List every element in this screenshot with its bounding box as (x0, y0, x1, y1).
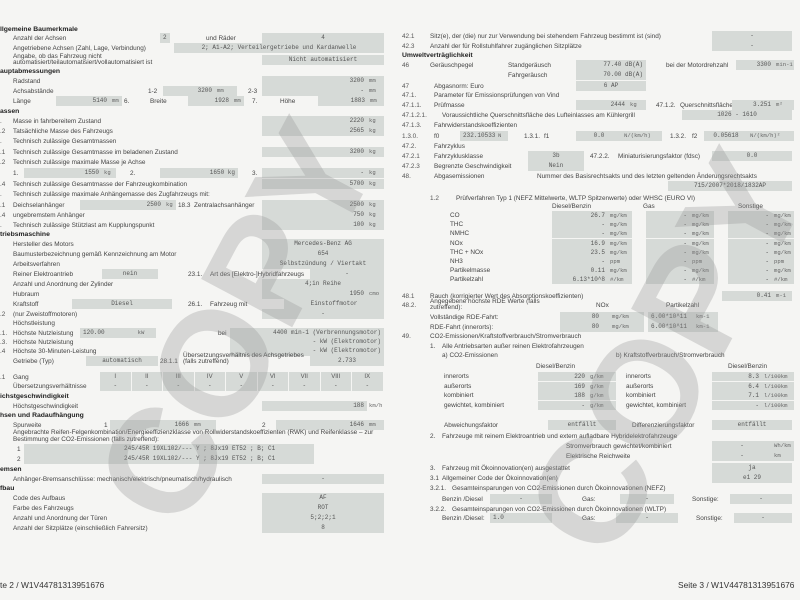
central-value: 2500 (262, 200, 367, 210)
body-code-label: Code des Aufbaus (13, 495, 65, 502)
euro-num: 47 (402, 83, 409, 90)
dualfuel-value: - (262, 309, 384, 319)
nefz-other-value: - (730, 494, 792, 504)
nefz-label: Gesamteinsparungen von CO2-Emissionen du… (452, 485, 665, 492)
ev-label: Fahrzeuge mit reinem Elektroantrieb und … (442, 433, 677, 440)
rpm-value: 3300 (736, 60, 774, 70)
central-unit: kg (367, 200, 384, 210)
tyre2-value: 245/45R 19XL102/--- Y ; 8Jx19 ET52 ; B; … (24, 454, 314, 464)
support-unit: kg (367, 220, 384, 230)
emission-other-value: - (728, 239, 772, 248)
emission-gas-unit: #/km (690, 275, 714, 284)
emission-other-unit: mg/km (772, 220, 794, 229)
eco-code-num: 3.1 (430, 475, 439, 482)
f1-label: f1 (544, 133, 549, 140)
eco-num: 3. (430, 465, 435, 472)
track2-label: 2 (262, 422, 266, 429)
max30-label: Höchste 30-Minuten-Leistung (13, 348, 96, 355)
central-num: 18.3 (178, 202, 190, 209)
nefz-petrol-label: Benzin /Diesel (442, 496, 483, 503)
fuel-vehicle-label: Fahrzeug mit (210, 301, 247, 308)
limited-label: Begrenzte Geschwindigkeit (434, 163, 511, 170)
section-environment: Umweltverträglichkeit (402, 52, 473, 59)
section-masses: assen (0, 108, 19, 115)
emission-other-unit: mg/km (772, 248, 794, 257)
drawbar-num: .1 (0, 202, 5, 209)
doors-label: Anzahl und Anordnung der Türen (13, 515, 107, 522)
gear-ratio: - (226, 381, 257, 391)
emissions-label: Abgasemissionen (434, 173, 484, 180)
cycle-num: 47.2. (402, 143, 416, 150)
r421-num: 42.1 (402, 33, 414, 40)
max-power-value: 120.00 (80, 328, 126, 338)
smoke-num: 48.1 (402, 293, 414, 300)
r423-num: 42.3 (402, 43, 414, 50)
emission-gas-value: - (646, 211, 690, 220)
eco-value: ja (712, 463, 792, 473)
page-2: llgemeine Baumerkmale Anzahl der Achsen … (0, 0, 400, 600)
tyre1-label: 1 (17, 446, 21, 453)
fuel-value: - (712, 401, 762, 410)
wltp-label: Gesamteinsparungen von CO2-Emissionen du… (452, 506, 666, 513)
section-dimensions: auptabmessungen (0, 68, 60, 75)
deviation-label: Abweichungsfaktor (444, 422, 498, 429)
emission-gas-value: - (646, 266, 690, 275)
ratio-value: 2.733 (310, 356, 384, 366)
emissions-num: 48. (402, 173, 411, 180)
emission-diesel-value: 26.7 (552, 211, 608, 220)
automation-label-line2: automatisiert/teilautomatisiert/vollauto… (13, 59, 152, 66)
wltp-other-label: Sonstige: (696, 515, 723, 522)
nefz-other-label: Sonstige: (692, 496, 719, 503)
smoke-value: 0.41 (722, 291, 774, 301)
f2-value: 0.05618 (704, 131, 748, 141)
drive-noise-label: Fahrgeräusch (508, 72, 547, 79)
axle1-label: 1. (13, 170, 18, 177)
noise-label: Geräuschpegel (430, 62, 473, 69)
co2-label: CO2-Emissionen/Kraftstoffverbrauch/Strom… (430, 333, 581, 340)
cylinders-value: 4;in Reihe (262, 279, 384, 289)
per-axle-label: Technisch zulässige maximale Masse je Ac… (13, 159, 146, 166)
axle3-unit: kg (367, 168, 384, 178)
brakes-value: - (262, 474, 384, 484)
wltp-gas-label: Gas: (582, 515, 596, 522)
ratio-num: 28.1.1 (160, 358, 178, 365)
emission-other-unit: mg/km (772, 239, 794, 248)
fuel-unit: l/100km (762, 372, 794, 381)
cycle-class-label: Fahrzyklusklasse (434, 153, 483, 160)
fuel-unit: l/100km (762, 391, 794, 400)
emission-diesel-unit: mg/km (608, 211, 632, 220)
diff-value: entfällt (712, 420, 792, 430)
noise-num: 46 (402, 62, 409, 69)
co2-header: Diesel/Benzin (536, 363, 575, 370)
support-num: . (0, 222, 2, 229)
page-2-footer: te 2 / W1V44781313951676 (0, 580, 104, 590)
emission-diesel-value: 16.9 (552, 239, 608, 248)
co2b-label: b) Kraftstoffverbrauch/Stromverbrauch (616, 352, 725, 359)
seats-label: Anzahl der Sitzplätze (einschließlich Fa… (13, 525, 148, 532)
emission-name: THC + NOx (450, 249, 483, 256)
body-code-value: AF (262, 493, 384, 503)
loaded-mass-unit: kg (367, 147, 384, 157)
gear-ratio: - (132, 381, 163, 391)
f2-num: 1.3.2. (670, 133, 686, 140)
rde-label-line2: zutreffend): (430, 304, 462, 311)
top-speed-value: 188 (262, 401, 367, 411)
emission-name: NH3 (450, 258, 463, 265)
width-num: 6. (124, 98, 129, 105)
axle-12-unit: mm (215, 86, 237, 96)
dualfuel-label: (nur Zweistoffmotoren) (13, 311, 77, 318)
gear-label: Gang (13, 374, 29, 381)
rde-full-label: Vollständige RDE-Fahrt: (430, 314, 499, 321)
wheelbase-value: 3200 (262, 76, 367, 86)
combo-mass-value: 5700 (262, 179, 367, 189)
ratio-label: Übersetzungsverhältnis des Achsgetriebes… (183, 353, 304, 365)
width-unit: mm (232, 96, 244, 106)
emission-header-diesel: Diesel/Benzin (552, 203, 591, 210)
fuel-vehicle-num: 26.1. (188, 301, 202, 308)
engine-type-value: 654 (262, 249, 384, 259)
emission-diesel-value: 23.5 (552, 248, 608, 257)
emissions-desc: Nummer des Basisrechtsakts und des letzt… (537, 173, 757, 180)
co2-unit: g/km (588, 391, 616, 400)
stand-noise-value: 77.40 dB(A) (576, 60, 646, 70)
range-value: - (712, 451, 772, 461)
total-mass-label: Technisch zulässige Gesamtmassen (13, 138, 116, 145)
f1-value: 0.0 (576, 131, 622, 141)
power-cons-unit: Wh/km (772, 441, 794, 451)
ev-num: 2. (430, 433, 435, 440)
actual-mass-unit: kg (367, 126, 384, 136)
max-power-label: Höchste Nutzleistung (13, 330, 73, 337)
unbraked-label: ungebremstem Anhänger (13, 212, 85, 219)
engine-process-label: Arbeitsverfahren (13, 261, 60, 268)
wltp-num: 3.2.2. (430, 506, 446, 513)
top-speed-unit: km/h (367, 401, 384, 411)
trailer-mass-num: . (0, 191, 2, 198)
emission-gas-unit: mg/km (690, 239, 714, 248)
fuel-header: Diesel/Benzin (728, 363, 767, 370)
drawbar-label: Deichselanhänger (13, 202, 65, 209)
hybrid-num: 23.1. (188, 271, 202, 278)
gear-ratio: - (100, 381, 131, 391)
engine-process-value: Selbstzündung / Viertakt (262, 259, 384, 269)
electric-value: nein (102, 269, 158, 279)
rde-pn-header: Partikelzahl (666, 302, 699, 309)
unbraked-value: 750 (262, 210, 367, 220)
width-label: Breite (150, 98, 167, 105)
emission-gas-unit: mg/km (690, 229, 714, 238)
f2-label: f2 (692, 133, 697, 140)
max-power2-num: .3. (0, 339, 7, 346)
euro-value: 6 AP (576, 81, 646, 91)
axle1-unit: kg (102, 168, 116, 178)
dsc-num: 47.2.2. (590, 153, 610, 160)
emission-diesel-value: - (552, 257, 608, 266)
total-mass-num: . (0, 138, 2, 145)
ready-mass-num: . (0, 118, 2, 125)
support-value: 100 (262, 220, 367, 230)
test-mass-unit: kg (628, 100, 646, 110)
fuel-row-label: kombiniert (626, 392, 655, 399)
rpm-label: bei der Motordrehzahl (666, 62, 728, 69)
r421-label: Sitz(e), der (die) nur zur Verwendung be… (430, 33, 661, 40)
section-body: fbau (0, 485, 14, 492)
fuel-value: 6.4 (712, 382, 762, 391)
emission-gas-value: - (646, 239, 690, 248)
f2-unit: N/(km/h)² (748, 131, 794, 141)
loaded-mass-value: 3200 (262, 147, 367, 157)
limited-num: 47.2.3 (402, 163, 420, 170)
co2-unit: g/km (588, 372, 616, 381)
axle-23-value: - (262, 86, 367, 96)
section-engine: triebsmaschine (0, 231, 50, 238)
fuel-value: Diesel (72, 299, 172, 309)
type1-num: 1.2 (430, 195, 439, 202)
f0-label: f0 (434, 133, 439, 140)
doors-value: 5;2;2;1 (262, 513, 384, 523)
gear-num: .1 (0, 374, 5, 381)
cycle-class-num: 47.2.1 (402, 153, 420, 160)
ready-mass-label: Masse in fahrbereitem Zustand (13, 118, 101, 125)
drive-noise-value: 70.00 dB(A) (576, 70, 646, 80)
emission-name: Partikelmasse (450, 267, 490, 274)
test-mass-num: 47.1.1. (402, 102, 422, 109)
emission-name: Partikelzahl (450, 276, 483, 283)
axle3-label: 3. (252, 170, 257, 177)
gear-ratio: - (195, 381, 226, 391)
width-value: 1928 (188, 96, 232, 106)
track1-label: 1 (104, 422, 108, 429)
axle1-value: 1550 (24, 168, 102, 178)
co2-row-label: außerorts (444, 383, 471, 390)
track-label: Spurweite (13, 422, 41, 429)
emission-diesel-unit: ppm (608, 257, 632, 266)
ratios-label: Übersetzungsverhältnisse (13, 383, 87, 390)
emission-gas-value: - (646, 275, 690, 284)
trailer-mass-label: Technisch zulässige maximale Anhängemass… (13, 191, 210, 198)
f0-num: 1.3.0. (402, 133, 418, 140)
rde-num: 48.2. (402, 302, 416, 309)
r421-value: - (712, 31, 792, 41)
fuel-row-label: innerorts (626, 373, 651, 380)
emission-gas-value: - (646, 248, 690, 257)
co2-row-label: gewichtet, kombiniert (444, 402, 504, 409)
emission-other-value: - (728, 275, 772, 284)
engine-type-label: Baumusterbezeichnung gemäß Kennzeichnung… (13, 251, 176, 258)
seats-value: 8 (262, 523, 384, 533)
gear-ratio: - (289, 381, 320, 391)
gear-ratio: - (321, 381, 352, 391)
nefz-gas-value: - (620, 494, 674, 504)
emission-diesel-unit: mg/km (608, 266, 632, 275)
drawbar-value: 2500 (80, 200, 164, 210)
wltp-other-value: - (734, 513, 792, 523)
emission-diesel-value: 6.13*10^8 (552, 275, 608, 284)
page-3-footer: Seite 3 / W1V44781313951676 (678, 580, 794, 590)
emission-gas-value: - (646, 257, 690, 266)
emission-name: CO (450, 212, 460, 219)
emission-diesel-value: - (552, 220, 608, 229)
power-cons-value: - (712, 441, 772, 451)
gearbox-label: Getriebe (Typ) (13, 358, 54, 365)
test-mass-value: 2444 (576, 100, 628, 110)
axle2-label: 2. (130, 170, 135, 177)
emission-other-value: - (728, 257, 772, 266)
power-label: Höchstleistung (13, 320, 55, 327)
type1-label: Prüfverfahren Typ 1 (NEFZ Mittelwerte, W… (456, 195, 695, 202)
per-axle-num: .2 (0, 159, 5, 166)
emission-other-unit: #/km (772, 275, 794, 284)
driven-axles-label: Angetriebene Achsen (Zahl, Lage, Verbind… (13, 45, 146, 52)
rpm-unit: min-1 (774, 60, 794, 70)
grille-num: 47.1.2.1. (402, 112, 427, 119)
cylinders-label: Anzahl und Anordnung der Zylinder (13, 281, 113, 288)
ratio-label-line2: (falls zutreffend) (183, 358, 229, 365)
drawbar-unit: kg (164, 200, 176, 210)
wltp-petrol-label: Benzin /Diesel: (442, 515, 485, 522)
body-color-label: Farbe des Fahrzeugs (13, 505, 74, 512)
height-num: 7. (252, 98, 257, 105)
section-general: llgemeine Baumerkmale (0, 26, 78, 33)
emission-other-unit: mg/km (772, 266, 794, 275)
actual-mass-num: .2 (0, 128, 5, 135)
fuel-unit: l/100km (762, 382, 794, 391)
fuel-value: 8.3 (712, 372, 762, 381)
rde-label: Angegebene höchste RDE Werte (falls zutr… (430, 299, 540, 311)
emissions-regulation-value: 715/2007*2018/1832AP (668, 181, 792, 191)
euro-label: Abgasnorm: Euro (434, 83, 484, 90)
axle-12-value: 3200 (163, 86, 215, 96)
co2-row-label: kombiniert (444, 392, 473, 399)
wltp-gas-value: - (616, 513, 678, 523)
emission-diesel-unit: mg/km (608, 220, 632, 229)
emission-other-unit: mg/km (772, 211, 794, 220)
gear-ratio: - (352, 381, 383, 391)
emission-diesel-unit: mg/km (608, 229, 632, 238)
cross-label: Querschnittsfläche (680, 102, 733, 109)
driven-axles-value: 2; A1-A2; Verteilergetriebe und Kardanwe… (174, 43, 384, 53)
gear-ratio: - (163, 381, 194, 391)
emission-gas-unit: mg/km (690, 266, 714, 275)
unbraked-num: .4 (0, 212, 5, 219)
automation-value: Nicht automatisiert (262, 55, 384, 65)
emission-name: NOx (450, 240, 463, 247)
support-label: Technisch zulässige Stützlast am Kupplun… (13, 222, 154, 229)
emission-other-unit: mg/km (772, 229, 794, 238)
central-label: Zentralachsanhänger (194, 202, 254, 209)
ready-mass-unit: kg (367, 116, 384, 126)
emission-other-value: - (728, 220, 772, 229)
nefz-gas-label: Gas: (582, 496, 596, 503)
r423-label: Anzahl der für Rollstuhlfahrer zugänglic… (430, 43, 582, 50)
nefz-num: 3.2.1. (430, 485, 446, 492)
fuel-row-label: gewichtet, kombiniert (626, 402, 686, 409)
loaded-mass-num: .1 (0, 149, 5, 156)
wheelbase-unit: mm (367, 76, 384, 86)
rde-nox-header: NOx (596, 302, 609, 309)
emission-name: THC (450, 221, 463, 228)
range-unit: km (772, 451, 794, 461)
cross-value: 3.251 (732, 100, 774, 110)
limited-value: Nein (528, 161, 584, 171)
actual-mass-label: Tatsächliche Masse des Fahrzeugs (13, 128, 113, 135)
rde-urban-pn-unit: km-1 (694, 322, 718, 332)
smoke-unit: m-1 (774, 291, 792, 301)
max-power-num: .1. (0, 330, 7, 337)
r423-value: - (712, 41, 792, 51)
electric-label: Reiner Elektroantrieb (13, 271, 73, 278)
wheels-value: 4 (262, 33, 384, 43)
automation-label: Angabe, ob das Fahrzeug nicht automatisi… (13, 54, 152, 66)
rde-full-pn: 6.00*10^11 (648, 312, 694, 322)
f0-value: 232.10533 (460, 131, 496, 141)
emission-other-value: - (728, 248, 772, 257)
all-num: 1. (430, 343, 435, 350)
f0-unit: N (496, 131, 508, 141)
emission-gas-unit: mg/km (690, 211, 714, 220)
length-unit: mm (110, 96, 122, 106)
deviation-value: entfällt (548, 420, 616, 430)
co2-value: 220 (538, 372, 588, 381)
displacement-label: Hubraum (13, 291, 39, 298)
dsc-value: 0.0 (712, 151, 792, 161)
fuel-value: 7.1 (712, 391, 762, 400)
fuel-unit: l/100km (762, 401, 794, 410)
nefz-petrol-value: - (490, 494, 552, 504)
stand-noise-label: Standgeräusch (508, 62, 551, 69)
rde-urban-label: RDE-Fahrt (innerorts): (430, 324, 493, 331)
rde-urban-nox-unit: mg/km (602, 322, 644, 332)
actual-mass-value: 2565 (262, 126, 367, 136)
displacement-value: 1950 (262, 289, 367, 299)
all-label: Alle Antriebsarten außer reinen Elektrof… (442, 343, 584, 350)
test-mass-label: Prüfmasse (434, 102, 465, 109)
max30-num: .4 (0, 348, 5, 355)
brakes-label: Anhänger-Bremsanschlüsse: mechanisch/ele… (13, 476, 232, 483)
emission-diesel-unit: mg/km (608, 239, 632, 248)
section-brakes: emsen (0, 466, 22, 473)
loaded-mass-label: Technisch zulässige Gesamtmasse im belad… (13, 149, 178, 156)
gearbox-value: automatisch (86, 356, 158, 366)
height-value: 1883 (318, 96, 368, 106)
co2-unit: g/km (588, 401, 616, 410)
wltp-petrol-value: 1.0 (490, 513, 552, 523)
emission-gas-unit: mg/km (690, 220, 714, 229)
diff-label: Differenzierungsfaktor (632, 422, 694, 429)
rde-full-pn-unit: km-1 (694, 312, 718, 322)
rde-full-nox-unit: mg/km (602, 312, 644, 322)
hybrid-value: - (310, 269, 384, 279)
emission-gas-unit: ppm (690, 257, 714, 266)
co2-value: - (538, 401, 588, 410)
max-power2-label: Höchste Nutzleistung (13, 339, 73, 346)
ready-mass-value: 2220 (262, 116, 367, 126)
cross-unit: m² (774, 100, 794, 110)
wheelbase-label: Radstand (13, 78, 40, 85)
top-speed-label: Höchstgeschwindigkeit (13, 403, 78, 410)
emission-gas-value: - (646, 220, 690, 229)
tyre1-value: 245/45R 19XL102/--- Y ; 8Jx19 ET52 ; B; … (24, 444, 314, 454)
axle-23-label: 2-3 (248, 88, 257, 95)
dsc-label: Miniaturisierungsfaktor (fdsc) (618, 153, 700, 160)
hybrid-label: Art des [Elektro-]Hybridfahrzeugs (210, 271, 304, 278)
emission-diesel-unit: mg/km (608, 248, 632, 257)
gear-ratio: - (258, 381, 289, 391)
emission-diesel-unit: #/km (608, 275, 632, 284)
